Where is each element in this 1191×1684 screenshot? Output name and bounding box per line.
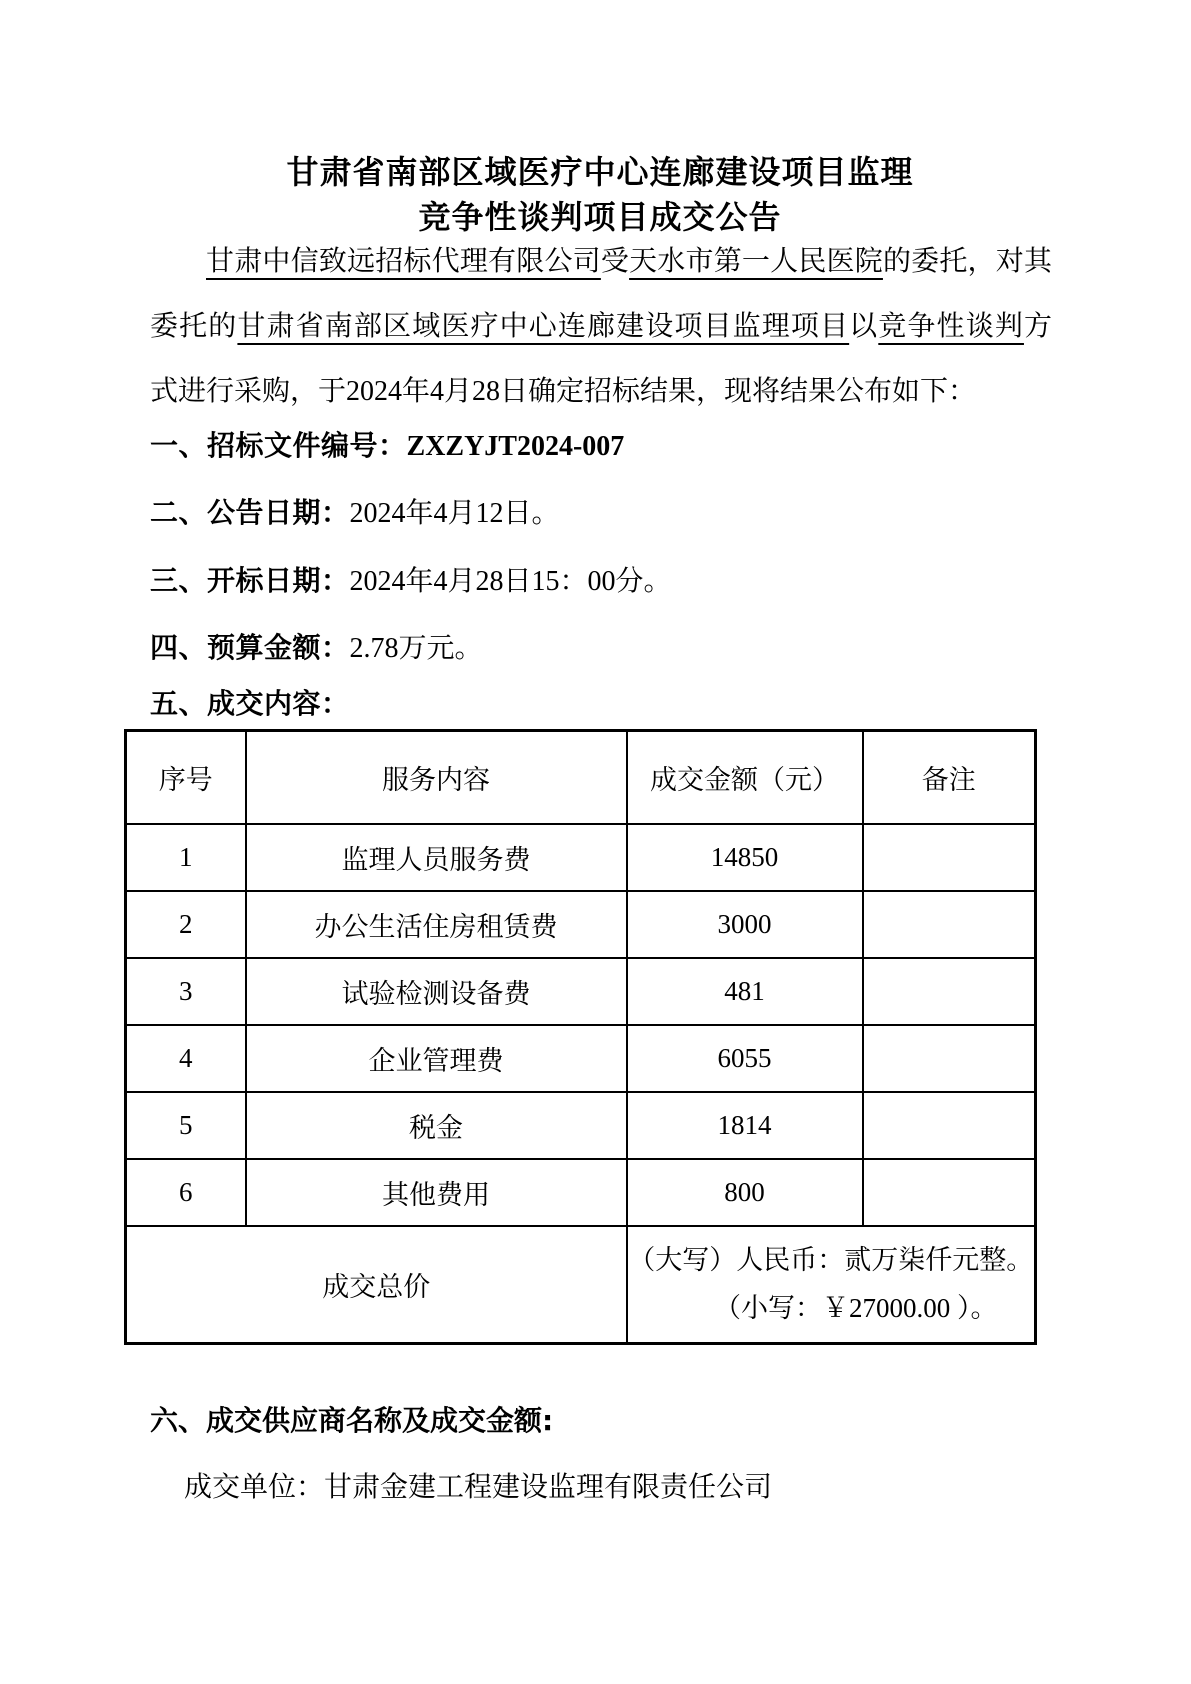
cell-deal-amount: 14850 (627, 824, 863, 891)
budget-amount-value: 2.78万元。 (350, 633, 483, 664)
cell-serial-number: 3 (126, 958, 246, 1025)
cell-deal-amount: 1814 (627, 1092, 863, 1159)
table-header-row: 序号 服务内容 成交金额（元） 备注 (126, 731, 1036, 824)
plain-text: 委托的 (150, 311, 237, 342)
table-row: 1 监理人员服务费 14850 (126, 824, 1036, 891)
item-budget-amount: 四、预算金额：2.78万元。 (150, 632, 1052, 665)
item-label: 四、预算金额： (150, 631, 350, 664)
cell-remark (863, 824, 1036, 891)
document-title: 甘肃省南部区域医疗中心连廊建设项目监理 竞争性谈判项目成交公告 (150, 150, 1050, 240)
item-winning-supplier-heading: 六、成交供应商名称及成交金额: (150, 1405, 1052, 1437)
cell-serial-number: 5 (126, 1092, 246, 1159)
plain-text: 受 (601, 246, 629, 277)
agency-name-underlined: 甘肃中信致远招标代理有限公司 (206, 246, 601, 277)
header-serial-number: 序号 (126, 731, 246, 824)
table-row: 2 办公生活住房租赁费 3000 (126, 891, 1036, 958)
cell-deal-amount: 3000 (627, 891, 863, 958)
header-remark: 备注 (863, 731, 1036, 824)
bid-opening-date-value: 2024年4月28日15：00分。 (350, 566, 672, 597)
cell-serial-number: 1 (126, 824, 246, 891)
cell-service-content: 企业管理费 (246, 1025, 627, 1092)
header-service-content: 服务内容 (246, 731, 627, 824)
cell-remark (863, 1092, 1036, 1159)
cell-deal-amount: 800 (627, 1159, 863, 1226)
deal-content-table: 序号 服务内容 成交金额（元） 备注 1 监理人员服务费 14850 2 办公生… (124, 729, 1037, 1345)
item-deal-content-heading: 五、成交内容： (150, 688, 1052, 721)
item-label: 二、公告日期： (150, 496, 350, 529)
item-label: 五、成交内容： (150, 687, 350, 720)
project-name-underlined: 甘肃省南部区域医疗中心连廊建设项目监理项目 (237, 311, 849, 342)
cell-service-content: 办公生活住房租赁费 (246, 891, 627, 958)
item-tender-document-number: 一、招标文件编号：ZXZYJT2024-007 (150, 430, 1052, 463)
cell-service-content: 试验检测设备费 (246, 958, 627, 1025)
procurement-method-underlined: 竞争性谈判 (878, 311, 1024, 342)
cell-remark (863, 1025, 1036, 1092)
tender-document-number-value: ZXZYJT2024-007 (407, 431, 625, 462)
cell-serial-number: 6 (126, 1159, 246, 1226)
cell-remark (863, 958, 1036, 1025)
cell-serial-number: 2 (126, 891, 246, 958)
cell-service-content: 其他费用 (246, 1159, 627, 1226)
cell-service-content: 税金 (246, 1092, 627, 1159)
intro-paragraph-line2: 委托的甘肃省南部区域医疗中心连廊建设项目监理项目以竞争性谈判方 (150, 294, 1052, 359)
winning-supplier-line: 成交单位：甘肃金建工程建设监理有限责任公司 (184, 1472, 1052, 1504)
table-total-row: 成交总价 （大写）人民币：贰万柒仟元整。 （小写：￥27000.00 ）。 (126, 1226, 1036, 1344)
table-row: 3 试验检测设备费 481 (126, 958, 1036, 1025)
table-row: 5 税金 1814 (126, 1092, 1036, 1159)
table-row: 6 其他费用 800 (126, 1159, 1036, 1226)
total-price-label-cell: 成交总价 (126, 1226, 627, 1344)
item-label: 三、开标日期： (150, 564, 350, 597)
cell-deal-amount: 6055 (627, 1025, 863, 1092)
total-price-value-cell: （大写）人民币：贰万柒仟元整。 （小写：￥27000.00 ）。 (627, 1226, 1036, 1344)
intro-paragraph-line1: 甘肃中信致远招标代理有限公司受天水市第一人民医院的委托，对其 (150, 229, 1052, 294)
cell-serial-number: 4 (126, 1025, 246, 1092)
cell-service-content: 监理人员服务费 (246, 824, 627, 891)
intro-paragraph: 甘肃中信致远招标代理有限公司受天水市第一人民医院的委托，对其 委托的甘肃省南部区… (150, 229, 1052, 424)
item-announcement-date: 二、公告日期：2024年4月12日。 (150, 497, 1052, 530)
total-amount-in-words: （大写）人民币：贰万柒仟元整。 (628, 1241, 1035, 1279)
document-title-line1: 甘肃省南部区域医疗中心连廊建设项目监理 (150, 150, 1050, 195)
plain-text: 式进行采购，于2024年4月28日确定招标结果，现将结果公布如下： (150, 376, 976, 407)
table-row: 4 企业管理费 6055 (126, 1025, 1036, 1092)
cell-deal-amount: 481 (627, 958, 863, 1025)
announcement-document: { "document": { "title_line1": "甘肃省南部区域医… (0, 0, 1191, 1684)
cell-remark (863, 891, 1036, 958)
total-amount-in-figures: （小写：￥27000.00 ）。 (678, 1289, 1035, 1327)
item-bid-opening-date: 三、开标日期：2024年4月28日15：00分。 (150, 565, 1052, 598)
plain-text: 的委托，对其 (883, 246, 1052, 277)
cell-remark (863, 1159, 1036, 1226)
header-deal-amount: 成交金额（元） (627, 731, 863, 824)
announcement-date-value: 2024年4月12日。 (350, 498, 560, 529)
plain-text: 方 (1024, 311, 1052, 342)
item-label: 一、招标文件编号： (150, 429, 407, 462)
plain-text: 以 (849, 311, 878, 342)
intro-paragraph-line3: 式进行采购，于2024年4月28日确定招标结果，现将结果公布如下： (150, 359, 1052, 424)
hospital-name-underlined: 天水市第一人民医院 (629, 246, 883, 277)
